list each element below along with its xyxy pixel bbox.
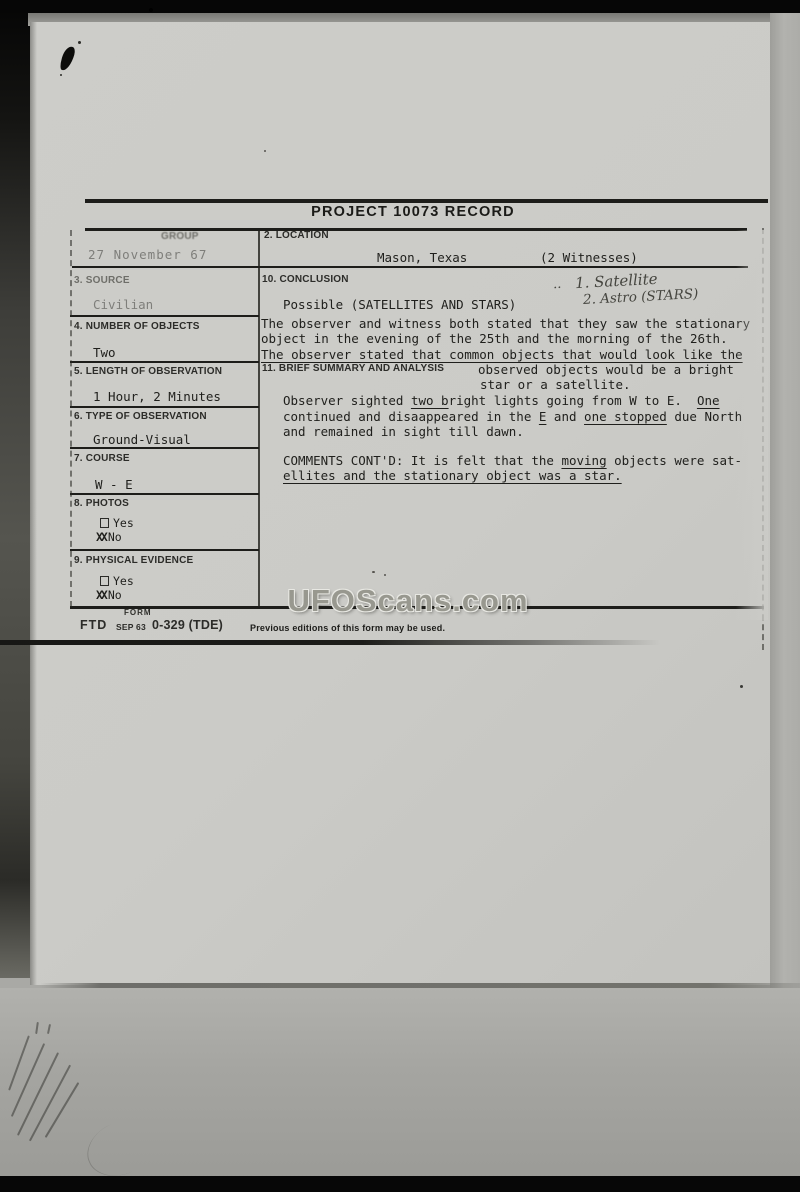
summary-text: right lights going from W to E. bbox=[449, 393, 697, 408]
scan-bottom-black-bar bbox=[0, 1176, 800, 1192]
checkbox-physical-evidence-yes bbox=[100, 576, 109, 586]
footer-form-prefix: FTD bbox=[80, 618, 107, 632]
speck bbox=[384, 574, 386, 576]
row1-bottom-rule bbox=[72, 266, 748, 268]
summary-text-underlined: one stopped bbox=[584, 409, 667, 424]
field-label-conclusion: 10. CONCLUSION bbox=[262, 274, 349, 285]
conclusion-typed-line: Possible (SATELLITES AND STARS) bbox=[283, 297, 516, 313]
summary-text: continued and disaappeared in the bbox=[283, 409, 539, 424]
footer-thick-rule bbox=[0, 640, 660, 645]
photos-rule bbox=[70, 549, 259, 551]
photos-no-label: No bbox=[108, 530, 122, 544]
checkbox-physical-evidence-no-xmark: XX bbox=[96, 588, 106, 602]
physical-evidence-no-row: XXNo bbox=[96, 588, 122, 604]
field-label-physical-evidence: 9. PHYSICAL EVIDENCE bbox=[74, 555, 193, 566]
summary-text-underlined: One bbox=[697, 393, 720, 408]
summary-continuation-line1: observed objects would be a bright bbox=[478, 362, 734, 378]
summary-text: and bbox=[546, 409, 584, 424]
length-rule bbox=[70, 406, 259, 408]
speck bbox=[740, 685, 743, 688]
objects-rule bbox=[70, 361, 259, 363]
checkbox-photos-yes bbox=[100, 518, 109, 528]
physical-evidence-no-label: No bbox=[108, 588, 122, 602]
photos-no-row: XXNo bbox=[96, 530, 122, 546]
field-label-type-of-observation: 6. TYPE OF OBSERVATION bbox=[74, 411, 207, 422]
summary-body-line3: and remained in sight till dawn. bbox=[283, 424, 524, 440]
column-divider bbox=[258, 230, 260, 607]
paper-left-shadow bbox=[30, 22, 37, 985]
watermark: UFOScans.com bbox=[178, 583, 638, 619]
speck bbox=[372, 571, 375, 573]
source-rule bbox=[70, 315, 259, 317]
scan-left-border bbox=[0, 0, 30, 978]
footer-note: Previous editions of this form may be us… bbox=[250, 623, 445, 633]
field-label-length-of-observation: 5. LENGTH OF OBSERVATION bbox=[74, 366, 222, 377]
physical-evidence-yes-label: Yes bbox=[113, 574, 134, 588]
conclusion-paragraph-line2: object in the evening of the 25th and th… bbox=[261, 331, 728, 347]
field-label-brief-summary: 11. BRIEF SUMMARY AND ANALYSIS bbox=[262, 363, 444, 374]
photos-yes-label: Yes bbox=[113, 516, 134, 530]
comments-line1: COMMENTS CONT'D: It is felt that the mov… bbox=[283, 453, 742, 469]
summary-continuation-line2: star or a satellite. bbox=[480, 377, 631, 393]
conclusion-paragraph-line3: The observer stated that common objects … bbox=[261, 347, 743, 363]
form-left-border bbox=[70, 230, 72, 607]
speck bbox=[149, 8, 153, 12]
comments-text: COMMENTS CONT'D: It is felt that the bbox=[283, 453, 561, 468]
field-label-number-of-objects: 4. NUMBER OF OBJECTS bbox=[74, 321, 200, 332]
summary-text-underlined: two b bbox=[411, 393, 449, 408]
footer-form-date: SEP 63 bbox=[116, 622, 146, 632]
speck bbox=[264, 150, 266, 152]
scanned-record-card-page: PROJECT 10073 RECORD GROUP 27 November 6… bbox=[0, 0, 800, 1192]
field-label-date-time-group: GROUP bbox=[161, 231, 199, 242]
field-value-source: Civilian bbox=[93, 297, 153, 313]
field-label-source: 3. SOURCE bbox=[74, 275, 130, 286]
comments-text: objects were sat- bbox=[607, 453, 742, 468]
comments-line2: ellites and the stationary object was a … bbox=[283, 468, 622, 484]
right-edge-fade bbox=[736, 230, 768, 620]
field-value-type-of-observation: Ground-Visual bbox=[93, 432, 191, 448]
summary-text: Observer sighted bbox=[283, 393, 411, 408]
checkbox-photos-no-xmark: XX bbox=[96, 530, 106, 544]
summary-text: due North bbox=[667, 409, 742, 424]
conclusion-paragraph-line1: The observer and witness both stated tha… bbox=[261, 316, 750, 332]
field-label-course: 7. COURSE bbox=[74, 453, 130, 464]
speck bbox=[78, 41, 81, 44]
course-rule bbox=[70, 493, 259, 495]
field-value-witnesses: (2 Witnesses) bbox=[540, 250, 638, 266]
footer-form-word: FORM bbox=[124, 608, 152, 617]
speck bbox=[60, 74, 62, 76]
comments-text-underlined: moving bbox=[561, 453, 606, 468]
field-value-length-of-observation: 1 Hour, 2 Minutes bbox=[93, 389, 221, 405]
summary-body-line2: continued and disaappeared in the E and … bbox=[283, 409, 742, 425]
field-value-number-of-objects: Two bbox=[93, 345, 116, 361]
field-value-course: W - E bbox=[95, 477, 133, 493]
summary-body-line1: Observer sighted two bright lights going… bbox=[283, 393, 720, 409]
paper-sheet bbox=[30, 22, 770, 985]
field-value-date-time-group: 27 November 67 bbox=[88, 247, 207, 263]
field-label-location: 2. LOCATION bbox=[264, 230, 329, 241]
field-label-photos: 8. PHOTOS bbox=[74, 498, 129, 509]
field-value-location: Mason, Texas bbox=[377, 250, 467, 266]
footer-form-number: 0-329 (TDE) bbox=[152, 618, 223, 632]
form-top-rule bbox=[85, 199, 768, 203]
scan-right-backing bbox=[770, 13, 800, 988]
handwritten-dots: .. bbox=[553, 277, 562, 292]
scan-top-black-bar bbox=[0, 0, 800, 13]
form-title: PROJECT 10073 RECORD bbox=[258, 204, 568, 220]
